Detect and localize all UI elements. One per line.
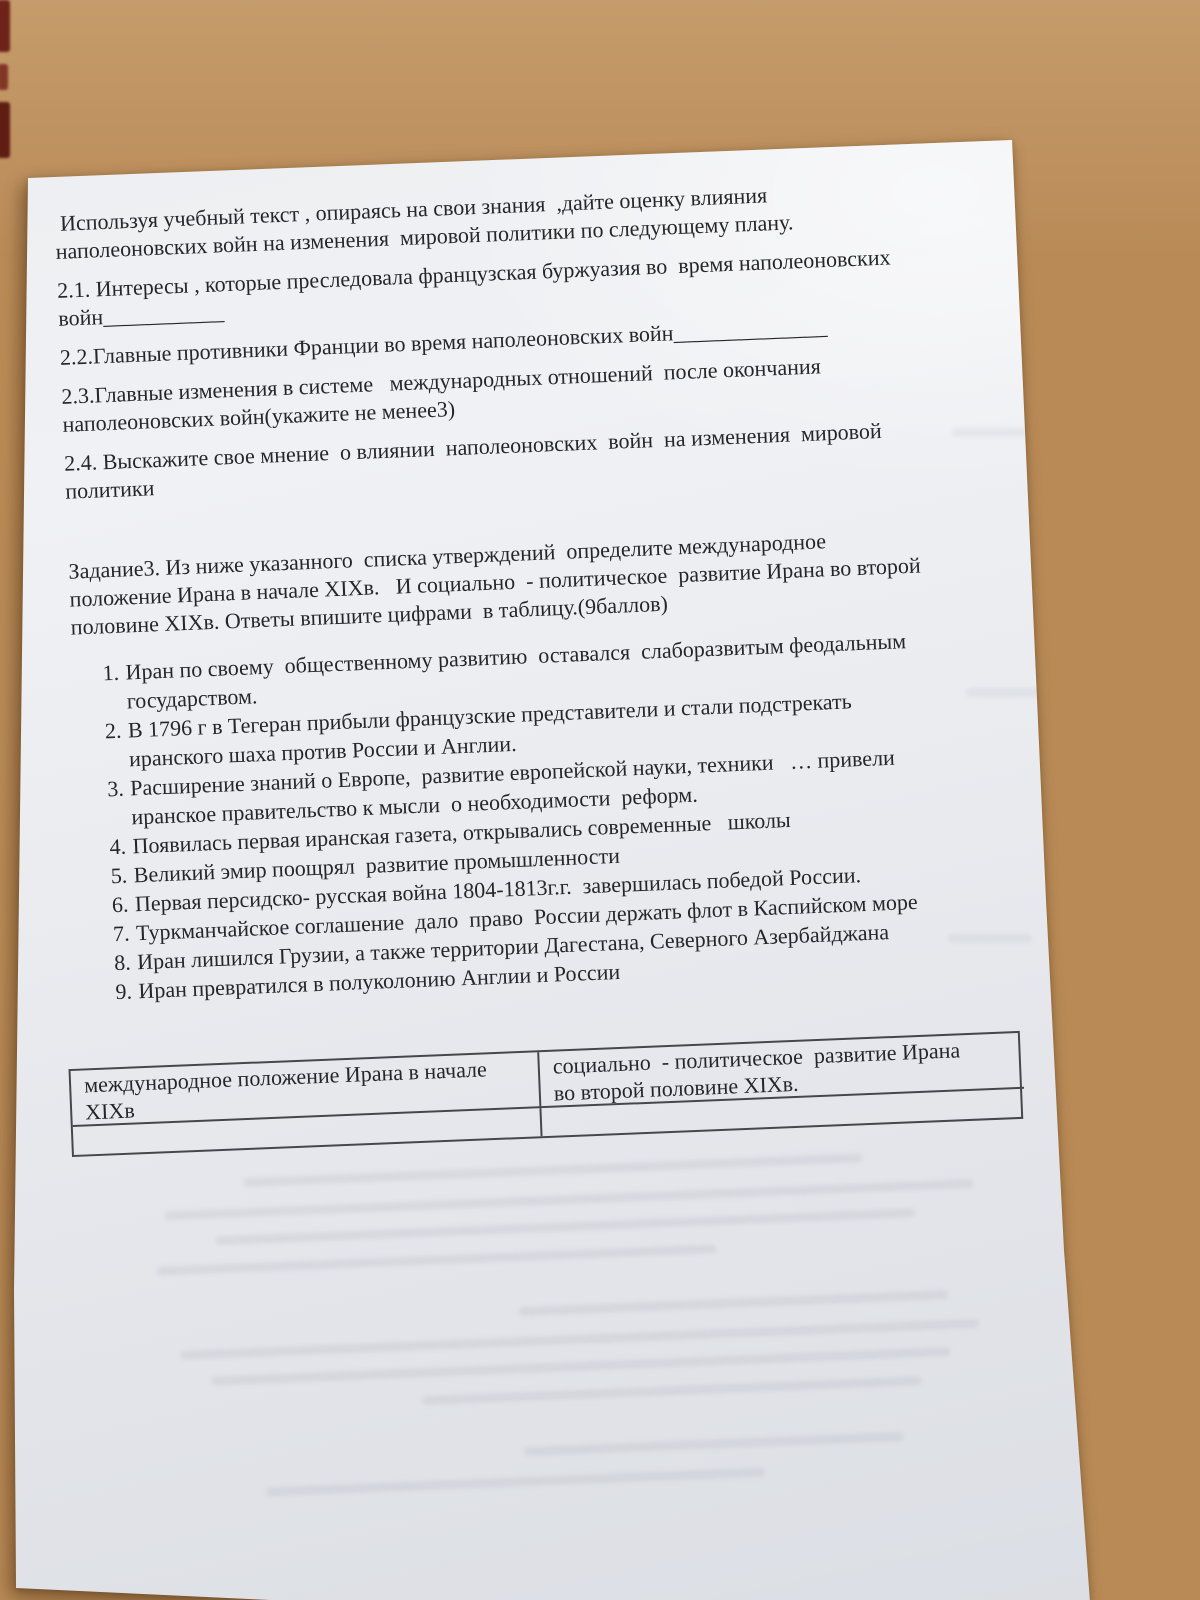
- item-number: 8.: [114, 947, 138, 977]
- bleed-through-smudge: [518, 1290, 948, 1316]
- item-number: 9.: [115, 976, 139, 1006]
- bleed-through-smudge: [524, 1432, 904, 1456]
- item-number: 3.: [107, 773, 132, 832]
- item-number: 4.: [109, 831, 133, 861]
- bleed-through-smudge: [156, 1244, 716, 1275]
- paper-shadow: Используя учебный текст , опираясь на св…: [0, 0, 1200, 1600]
- printed-text-block: Используя учебный текст , опираясь на св…: [54, 172, 1031, 1156]
- item-number: 7.: [113, 918, 137, 948]
- paper-sheet: Используя учебный текст , опираясь на св…: [0, 0, 1200, 1600]
- bleed-through-smudge: [422, 1376, 922, 1405]
- item-number: 1.: [102, 658, 127, 717]
- answer-table: международное положение Ирана в началеXI…: [68, 1031, 1023, 1157]
- item-number: 6.: [111, 889, 135, 919]
- item-number: 2.: [104, 715, 129, 774]
- bleed-through-smudge: [243, 1153, 863, 1187]
- item-number: 5.: [110, 860, 134, 890]
- statements-list: 1. Иран по своему общественному развитию…: [72, 622, 1025, 1007]
- bleed-through-smudge: [265, 1467, 765, 1496]
- task3-paragraph: Задание3. Из ниже указанного списка утве…: [68, 520, 1011, 642]
- worksheet-photo: { "document": { "intro": { "lines": [ " …: [0, 0, 1200, 1600]
